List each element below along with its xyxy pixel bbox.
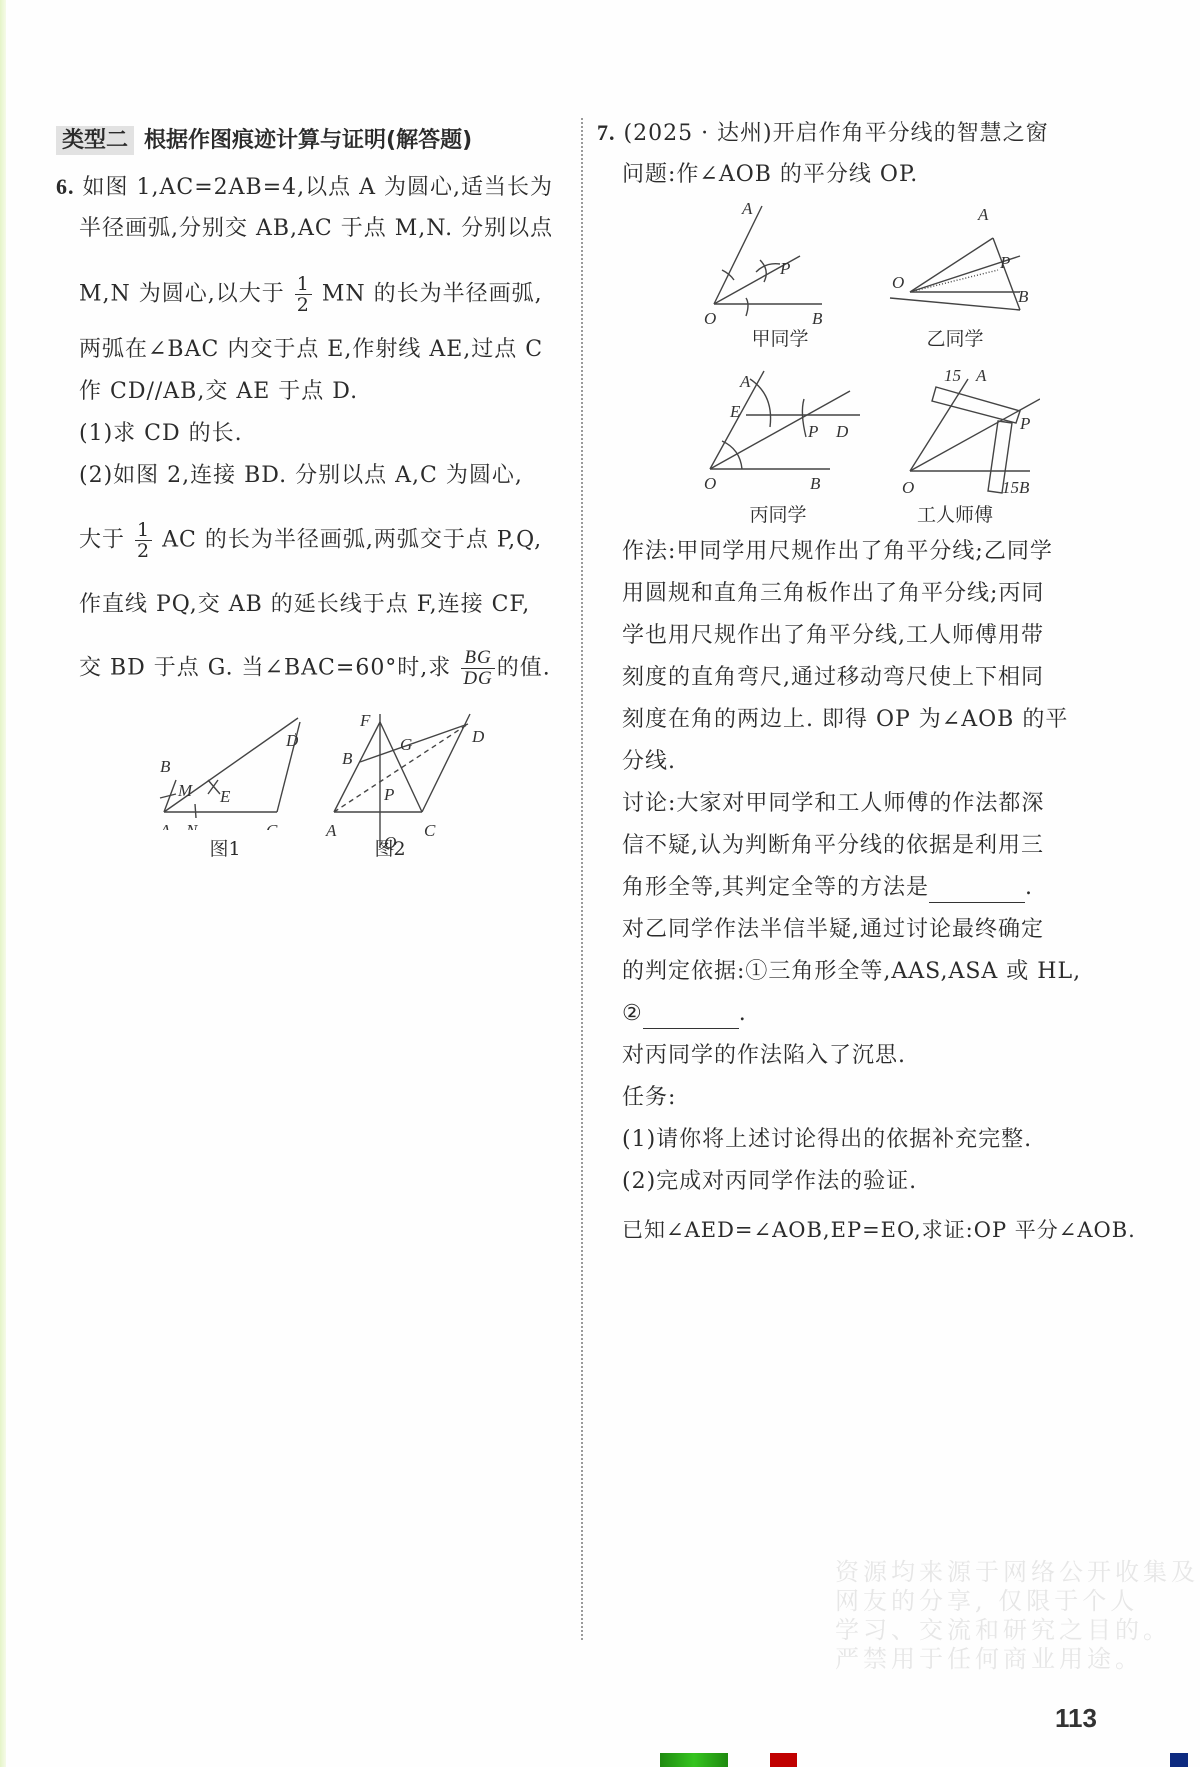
q7-problem: 问题:作∠AOB 的平分线 OP. bbox=[622, 160, 918, 190]
label-15B: 15B bbox=[1002, 478, 1030, 495]
figure-worker-diagram: 15 A P O 15B bbox=[880, 365, 1040, 495]
q6-line-5: 作 CD//AB,交 AE 于点 D. bbox=[79, 377, 358, 407]
q6-text: 的值. bbox=[497, 656, 551, 681]
watermark-line: 学习、交流和研究之目的。 bbox=[835, 1616, 1199, 1645]
label-C: C bbox=[424, 821, 436, 840]
q6-line-3: M,N 为圆心,以大于 12 MN 的长为半径画弧, bbox=[79, 274, 543, 315]
figure-jia-diagram: A P O B bbox=[700, 200, 840, 330]
watermark-line: 资源均来源于网络公开收集及 bbox=[835, 1558, 1199, 1587]
label-E: E bbox=[729, 402, 741, 421]
q7-discuss-6: ②. bbox=[622, 999, 747, 1029]
answer-blank-2[interactable] bbox=[643, 1006, 739, 1029]
q7-method-5: 刻度在角的两边上. 即得 OP 为∠AOB 的平 bbox=[622, 705, 1068, 735]
figure-bing-diagram: A E P D O B bbox=[700, 365, 870, 495]
label-O: O bbox=[704, 309, 716, 328]
q7-discuss-7: 对丙同学的作法陷入了沉思. bbox=[622, 1041, 906, 1071]
label-C: C bbox=[266, 821, 278, 830]
label-D: D bbox=[285, 731, 299, 750]
label-A: A bbox=[739, 372, 751, 391]
figure-yi-caption: 乙同学 bbox=[915, 324, 995, 351]
label-A: A bbox=[975, 366, 987, 385]
figure-bing-caption: 丙同学 bbox=[738, 500, 818, 527]
label-G: G bbox=[400, 735, 412, 754]
label-B: B bbox=[1018, 287, 1029, 306]
column-divider bbox=[581, 118, 583, 1640]
q6-text: 如图 1,AC=2AB=4,以点 A 为圆心,适当长为 bbox=[83, 175, 553, 200]
label-O: O bbox=[892, 273, 904, 292]
label-A: A bbox=[741, 200, 753, 218]
label-P: P bbox=[1019, 414, 1030, 433]
q7-method-1: 作法:甲同学用尺规作出了角平分线;乙同学 bbox=[622, 537, 1053, 567]
label-N: N bbox=[185, 821, 199, 830]
q7-text: ② bbox=[622, 1001, 643, 1026]
figure-yi-diagram: A P O B bbox=[880, 200, 1030, 320]
q6-part-2-line-3: 作直线 PQ,交 AB 的延长线于点 F,连接 CF, bbox=[79, 590, 530, 620]
label-O: O bbox=[704, 474, 716, 493]
label-P: P bbox=[383, 785, 394, 804]
q6-text: AC 的长为半径画弧,两弧交于点 P,Q, bbox=[162, 528, 542, 553]
figure-1-caption: 图1 bbox=[195, 834, 255, 861]
q6-line-1: 6. 如图 1,AC=2AB=4,以点 A 为圆心,适当长为 bbox=[56, 172, 553, 203]
q7-source: (2025 · 达州) bbox=[624, 121, 773, 146]
label-E: E bbox=[219, 787, 231, 806]
q7-discuss-1: 讨论:大家对甲同学和工人师傅的作法都深 bbox=[622, 789, 1044, 819]
q6-line-4: 两弧在∠BAC 内交于点 E,作射线 AE,过点 C bbox=[79, 335, 543, 365]
q6-part-1: (1)求 CD 的长. bbox=[79, 419, 243, 449]
figure-2-caption: 图2 bbox=[360, 834, 420, 861]
q6-line-2: 半径画弧,分别交 AB,AC 于点 M,N. 分别以点 bbox=[79, 214, 553, 244]
edge-tab-blue bbox=[1170, 1753, 1188, 1767]
label-D: D bbox=[471, 727, 485, 746]
answer-blank-1[interactable] bbox=[929, 880, 1025, 903]
q7-method-6: 分线. bbox=[622, 747, 676, 777]
q7-discuss-2: 信不疑,认为判断角平分线的依据是利用三 bbox=[622, 831, 1044, 861]
label-M: M bbox=[177, 781, 193, 800]
label-15-top: 15 bbox=[944, 366, 961, 385]
fraction-half: 12 bbox=[135, 520, 152, 561]
figure-worker-caption: 工人师傅 bbox=[905, 500, 1005, 527]
section-heading: 类型二根据作图痕迹计算与证明(解答题) bbox=[56, 123, 472, 154]
q6-text: 交 BD 于点 G. 当∠BAC=60°时,求 bbox=[79, 656, 451, 681]
q7-method-4: 刻度的直角弯尺,通过移动弯尺使上下相同 bbox=[622, 663, 1044, 693]
label-P: P bbox=[779, 259, 790, 278]
label-B: B bbox=[342, 749, 353, 768]
page-number: 113 bbox=[1055, 1703, 1097, 1734]
frac-den: 2 bbox=[135, 541, 152, 561]
label-A: A bbox=[977, 205, 989, 224]
q7-task-1: (1)请你将上述讨论得出的依据补充完整. bbox=[622, 1125, 1032, 1155]
label-D: D bbox=[835, 422, 849, 441]
label-P: P bbox=[807, 422, 818, 441]
frac-num: BG bbox=[461, 648, 494, 669]
q7-discuss-3: 角形全等,其判定全等的方法是. bbox=[622, 873, 1033, 903]
q6-text: 大于 bbox=[79, 528, 125, 553]
frac-num: 1 bbox=[295, 274, 312, 295]
q6-part-2-line-4: 交 BD 于点 G. 当∠BAC=60°时,求 BGDG的值. bbox=[79, 648, 551, 689]
label-A: A bbox=[159, 821, 171, 830]
label-A: A bbox=[325, 821, 337, 840]
watermark-line: 严禁用于任何商业用途。 bbox=[835, 1645, 1199, 1674]
figure-1-diagram: A N C B M E D bbox=[150, 700, 310, 830]
edge-tab-green bbox=[660, 1753, 728, 1767]
frac-den: 2 bbox=[295, 295, 312, 315]
q6-text: MN 的长为半径画弧, bbox=[322, 282, 543, 307]
frac-den: DG bbox=[461, 669, 494, 689]
label-B: B bbox=[160, 757, 171, 776]
label-F: F bbox=[359, 711, 371, 730]
q7-discuss-4: 对乙同学作法半信半疑,通过讨论最终确定 bbox=[622, 915, 1044, 945]
page-edge bbox=[0, 0, 6, 1767]
q7-method-3: 学也用尺规作出了角平分线,工人师傅用带 bbox=[622, 621, 1044, 651]
q6-part-2-line-1: (2)如图 2,连接 BD. 分别以点 A,C 为圆心, bbox=[79, 461, 523, 491]
q7-method-2: 用圆规和直角三角板作出了角平分线;丙同 bbox=[622, 579, 1044, 609]
frac-num: 1 bbox=[135, 520, 152, 541]
q7-given: 已知∠AED=∠AOB,EP=EO,求证:OP 平分∠AOB. bbox=[622, 1215, 1136, 1245]
section-title: 根据作图痕迹计算与证明(解答题) bbox=[144, 128, 472, 153]
figure-2-diagram: A C B F G P Q D bbox=[320, 700, 500, 850]
watermark: 资源均来源于网络公开收集及 网友的分享, 仅限于个人 学习、交流和研究之目的。 … bbox=[835, 1558, 1199, 1674]
q6-part-2-line-2: 大于 12 AC 的长为半径画弧,两弧交于点 P,Q, bbox=[79, 520, 542, 561]
edge-tab-red bbox=[770, 1753, 797, 1767]
fraction-half: 12 bbox=[295, 274, 312, 315]
fraction-bg-dg: BGDG bbox=[461, 648, 494, 689]
label-P: P bbox=[999, 253, 1010, 272]
q7-discuss-5: 的判定依据:①三角形全等,AAS,ASA 或 HL, bbox=[622, 957, 1081, 987]
q6-text: M,N 为圆心,以大于 bbox=[79, 282, 285, 307]
figure-jia-caption: 甲同学 bbox=[740, 324, 820, 351]
watermark-line: 网友的分享, 仅限于个人 bbox=[835, 1587, 1199, 1616]
q7-line-1: 7. (2025 · 达州)开启作角平分线的智慧之窗 bbox=[597, 118, 1049, 149]
section-tag: 类型二 bbox=[56, 126, 134, 155]
q7-text: 开启作角平分线的智慧之窗 bbox=[773, 121, 1049, 146]
label-O: O bbox=[902, 478, 914, 495]
q7-task-2: (2)完成对丙同学作法的验证. bbox=[622, 1167, 917, 1197]
q7-task-heading: 任务: bbox=[622, 1083, 676, 1113]
label-B: B bbox=[810, 474, 821, 493]
q7-number: 7. bbox=[597, 120, 616, 145]
q7-text: 角形全等,其判定全等的方法是 bbox=[622, 875, 929, 900]
q6-number: 6. bbox=[56, 174, 75, 199]
